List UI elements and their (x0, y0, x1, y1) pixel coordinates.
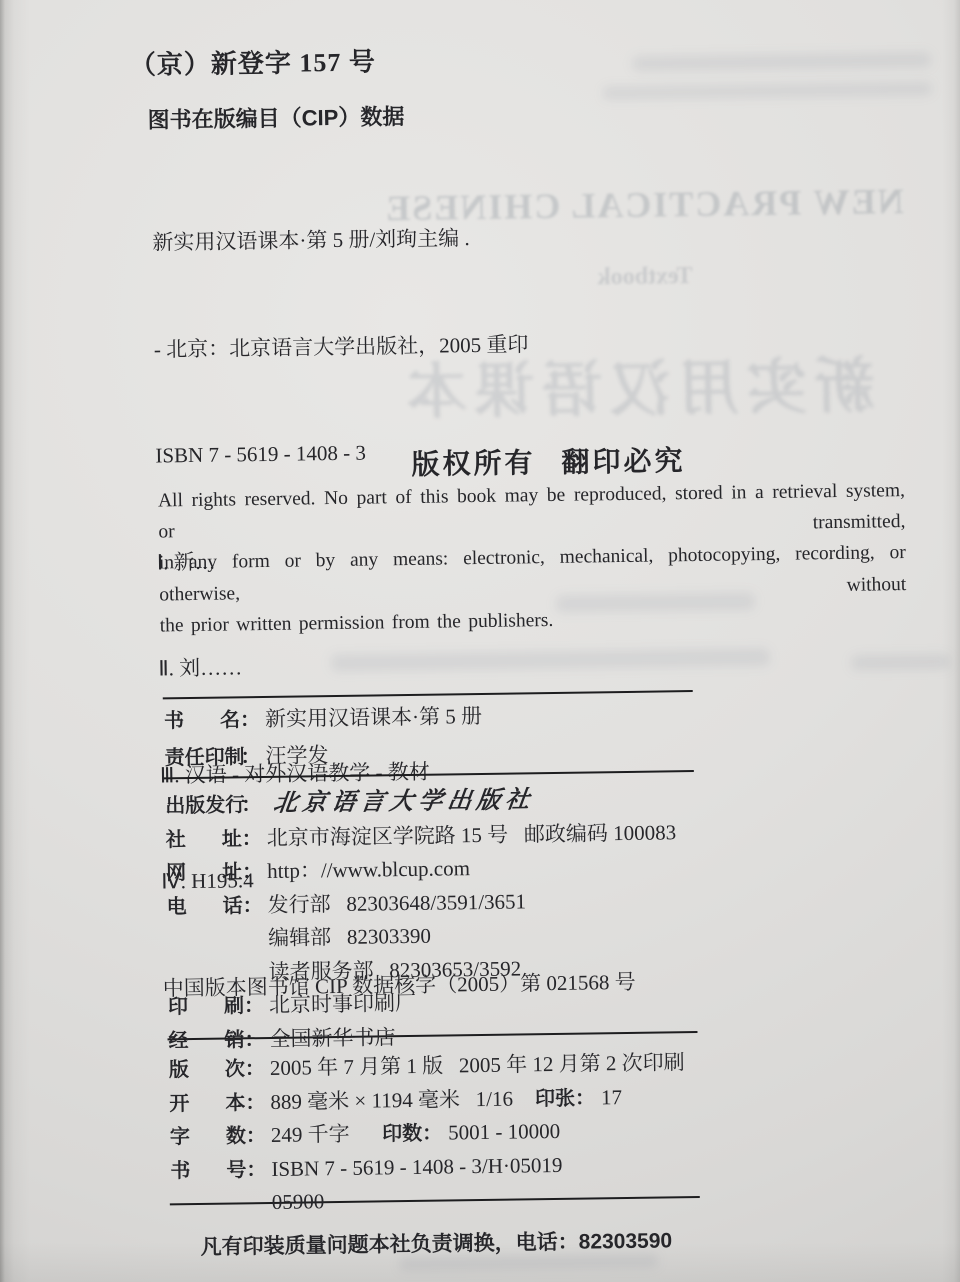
row-subvalue: 17 (601, 1085, 622, 1109)
row-subvalue: 5001 - 10000 (448, 1119, 560, 1145)
row-value: 北京市海淀区学院路 15 号 邮政编码 100083 (267, 820, 677, 850)
colophon-section-publisher: 出版发行：北京语言大学出版社 社址：北京市海淀区学院路 15 号 邮政编码 10… (165, 783, 729, 1059)
page-content: NEW PRACTICAL CHINESE Textbook 新实用汉语课本 （… (0, 0, 960, 1282)
row-colon: ： (245, 1088, 265, 1119)
quality-exchange-notice: 凡有印装质量问题本社负责调换，电话：82303590 (171, 1224, 701, 1261)
row-label (168, 979, 244, 980)
row-label: 书名 (164, 703, 240, 738)
cip-header: 图书在版编目（CIP）数据 (147, 100, 404, 135)
bleedthrough-smudge (632, 52, 932, 72)
row-value: 05900 (272, 1189, 325, 1214)
row-print-supervisor: 责任印制：汪学发 (164, 733, 724, 778)
row-colon: ： (242, 891, 262, 923)
row-colon: ： (244, 991, 264, 1023)
row-colon: ： (242, 824, 262, 856)
row-sublabel: 印数： (382, 1123, 442, 1146)
row-value: ISBN 7 - 5619 - 1408 - 3/H·05019 (271, 1152, 562, 1180)
rights-heading-right: 翻印必究 (561, 446, 685, 479)
row-value: 汪学发 (265, 743, 328, 768)
bleedthrough-smudge (602, 82, 932, 101)
scanned-copyright-page: NEW PRACTICAL CHINESE Textbook 新实用汉语课本 （… (0, 0, 960, 1282)
row-label: 字数 (170, 1121, 246, 1153)
row-label: 网址 (166, 857, 242, 890)
row-value: 新实用汉语课本·第 5 册 (265, 704, 482, 731)
row-label: 版次 (169, 1054, 245, 1086)
row-label: 电话 (166, 891, 242, 924)
row-label: 责任印制 (164, 740, 240, 775)
row-colon: ： (242, 857, 262, 889)
rights-line: All rights reserved. No part of this boo… (158, 475, 906, 548)
row-label: 印刷 (168, 991, 244, 1024)
rights-heading-left: 版权所有 (411, 448, 535, 481)
row-label: 开本 (169, 1088, 245, 1120)
cip-line: - 北京：北京语言大学出版社，2005 重印 (154, 325, 627, 367)
row-value: 全国新华书店 (269, 1025, 395, 1051)
row-colon: ： (244, 1025, 264, 1057)
website-url: http：//www.blcup.com (267, 856, 470, 883)
row-value: 编辑部 82303390 (268, 924, 431, 950)
row-sublabel: 印张： (535, 1087, 595, 1110)
colophon-section-edition: 版次：2005 年 7 月第 1 版 2005 年 12 月第 2 次印刷 开本… (169, 1047, 731, 1222)
row-value: 发行部 82303648/3591/3651 (267, 889, 526, 917)
cip-line: Ⅱ. 刘…… (158, 645, 631, 687)
row-colon: ： (240, 703, 260, 737)
cip-line: 新实用汉语课本·第 5 册/刘珣主编 . (152, 219, 625, 261)
row-colon: ： (246, 1121, 266, 1152)
row-label (171, 1209, 247, 1210)
bleedthrough-smudge (850, 653, 950, 670)
row-label (167, 945, 243, 946)
row-value: 249 千字 (271, 1122, 361, 1147)
row-colon: ： (246, 1155, 266, 1186)
publisher-signature: 北京语言大学出版社 (271, 785, 536, 820)
rights-statement-english: All rights reserved. No part of this boo… (158, 475, 907, 641)
row-book-number-continued: 05900 (171, 1181, 731, 1222)
row-colon: ： (241, 790, 261, 822)
row-label: 出版发行 (165, 790, 241, 823)
row-colon: ： (240, 740, 260, 774)
row-value: 2005 年 7 月第 1 版 2005 年 12 月第 2 次印刷 (270, 1050, 685, 1080)
row-value: 读者服务部 82303653/3592 (268, 956, 521, 984)
colophon-section-title: 书名：新实用汉语课本·第 5 册 责任印制：汪学发 (164, 696, 725, 778)
row-label: 社址 (166, 824, 242, 857)
row-value: 北京时事印刷厂 (269, 991, 416, 1017)
rights-line: in any form or by any means: electronic,… (159, 537, 907, 610)
row-label: 书号 (170, 1155, 246, 1187)
row-value: 889 毫米 × 1194 毫米 1/16 (270, 1086, 513, 1113)
registration-number: （京）新登字 157 号 (130, 41, 377, 81)
row-colon: ： (245, 1054, 265, 1085)
